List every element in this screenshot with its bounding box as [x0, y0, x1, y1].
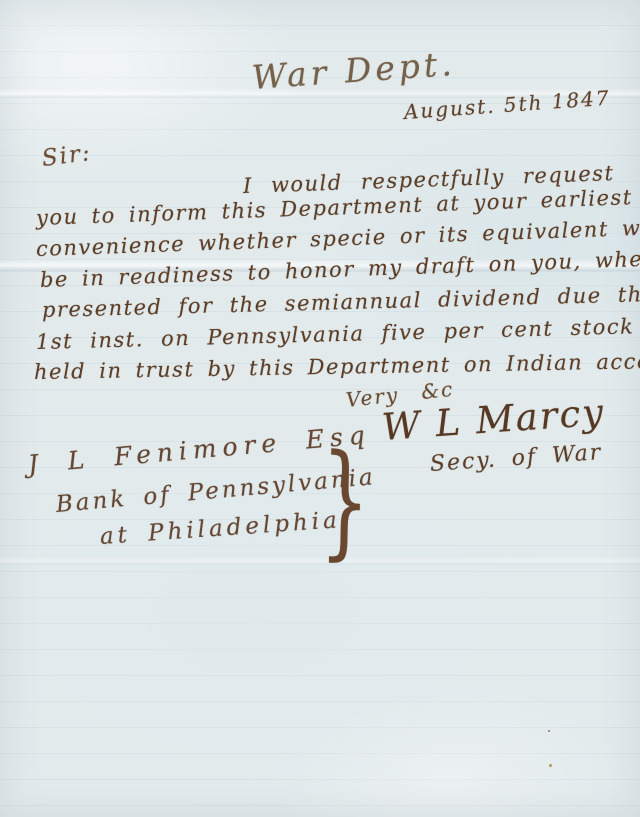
body-line: 1st inst. on Pennsylvania five per cent … — [36, 314, 635, 354]
paper-speck — [548, 730, 550, 732]
letter-date: August. 5th 1847 — [403, 86, 611, 124]
paper-speck — [549, 764, 552, 767]
body-line: held in trust by this Department on Indi… — [34, 348, 640, 384]
salutation: Sir: — [40, 140, 93, 172]
signature-title: Secy. of War — [429, 440, 603, 477]
letter-scan-page: War Dept. August. 5th 1847 Sir: I would … — [0, 0, 640, 817]
recipient-place: at Philadelphia. — [99, 506, 353, 550]
letter-heading: War Dept. — [251, 44, 457, 97]
recipient-brace-icon: } — [319, 438, 371, 565]
